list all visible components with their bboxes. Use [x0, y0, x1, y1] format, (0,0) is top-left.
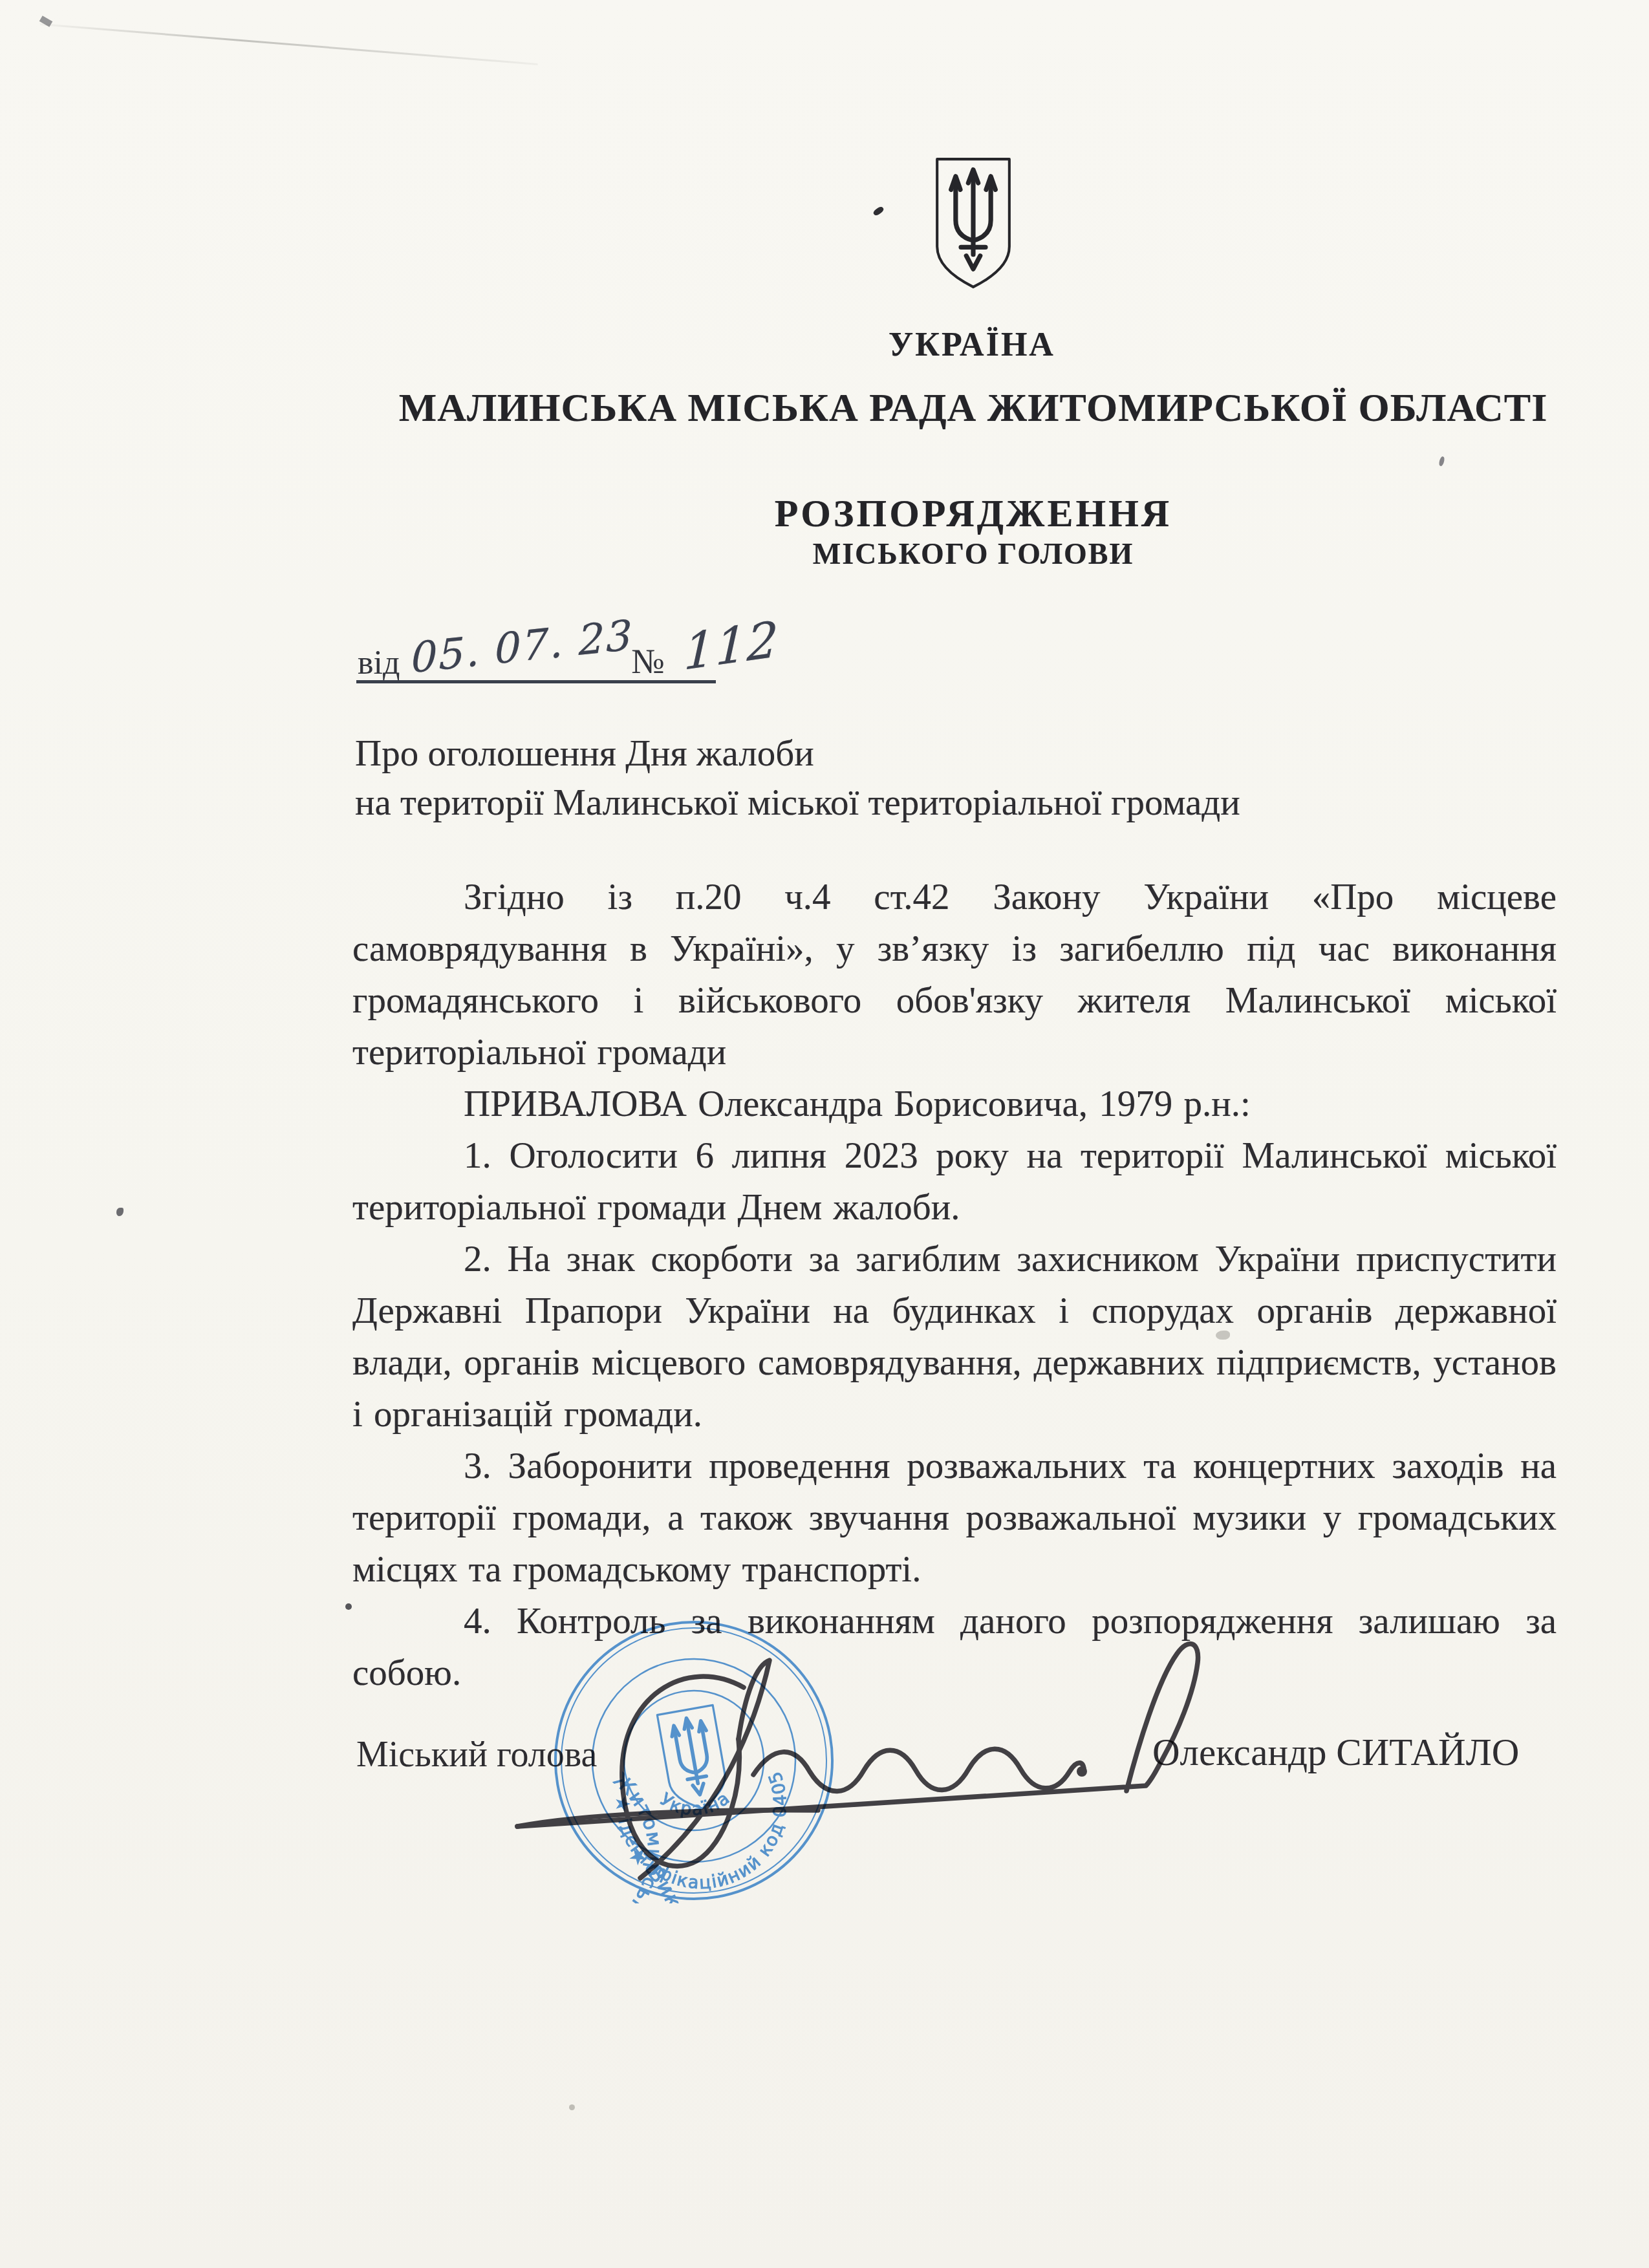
signature-ink-dot	[1077, 1766, 1087, 1777]
subject-line-2: на території Малинської міської територі…	[355, 778, 1558, 828]
document-body: Згідно із п.20 ч.4 ст.42 Закону України …	[352, 872, 1557, 1699]
trident-icon	[951, 170, 996, 270]
signature-flourish-stroke	[517, 1643, 1198, 1826]
country-title: УКРАЇНА	[859, 326, 1085, 364]
body-paragraph-item-3: 3. Заборонити проведення розважальних та…	[352, 1440, 1557, 1596]
handwritten-signature	[453, 1616, 1293, 2017]
scan-speck	[1216, 1331, 1230, 1340]
scan-speck	[569, 2104, 575, 2110]
scan-speck	[872, 206, 885, 217]
scan-speck	[116, 1208, 124, 1216]
handwritten-date: 05. 07. 23	[411, 612, 634, 683]
dateline: від 05. 07. 23 № 112	[356, 615, 1132, 700]
number-sign-label: №	[631, 641, 665, 681]
body-paragraph-intro: Згідно із п.20 ч.4 ст.42 Закону України …	[352, 872, 1557, 1078]
body-paragraph-item-2: 2. На знак скорботи за загиблим захисник…	[352, 1234, 1557, 1440]
document-subtype-title: МІСЬКОГО ГОЛОВИ	[414, 537, 1533, 571]
scan-artifact-line	[40, 23, 538, 65]
scanned-document-page: УКРАЇНА МАЛИНСЬКА МІСЬКА РАДА ЖИТОМИРСЬК…	[0, 0, 1649, 2268]
subject-line-1: Про оголошення Дня жалоби	[355, 729, 1558, 778]
scan-speck	[1438, 456, 1445, 466]
handwritten-number: 112	[683, 610, 780, 681]
date-prefix-label: від	[358, 644, 400, 682]
dateline-underline	[356, 680, 716, 683]
body-paragraph-item-1: 1. Оголосити 6 липня 2023 року на терито…	[352, 1130, 1557, 1234]
document-type-title: РОЗПОРЯДЖЕННЯ	[414, 491, 1533, 536]
signature-wave-stroke	[753, 1749, 1084, 1791]
organization-title: МАЛИНСЬКА МІСЬКА РАДА ЖИТОМИРСЬКОЇ ОБЛАС…	[394, 385, 1552, 431]
subject-block: Про оголошення Дня жалоби на території М…	[355, 729, 1558, 828]
scan-speck	[345, 1603, 352, 1610]
ukraine-trident-emblem	[931, 155, 1015, 291]
body-paragraph-name: ПРИВАЛОВА Олександра Борисовича, 1979 р.…	[352, 1078, 1557, 1130]
